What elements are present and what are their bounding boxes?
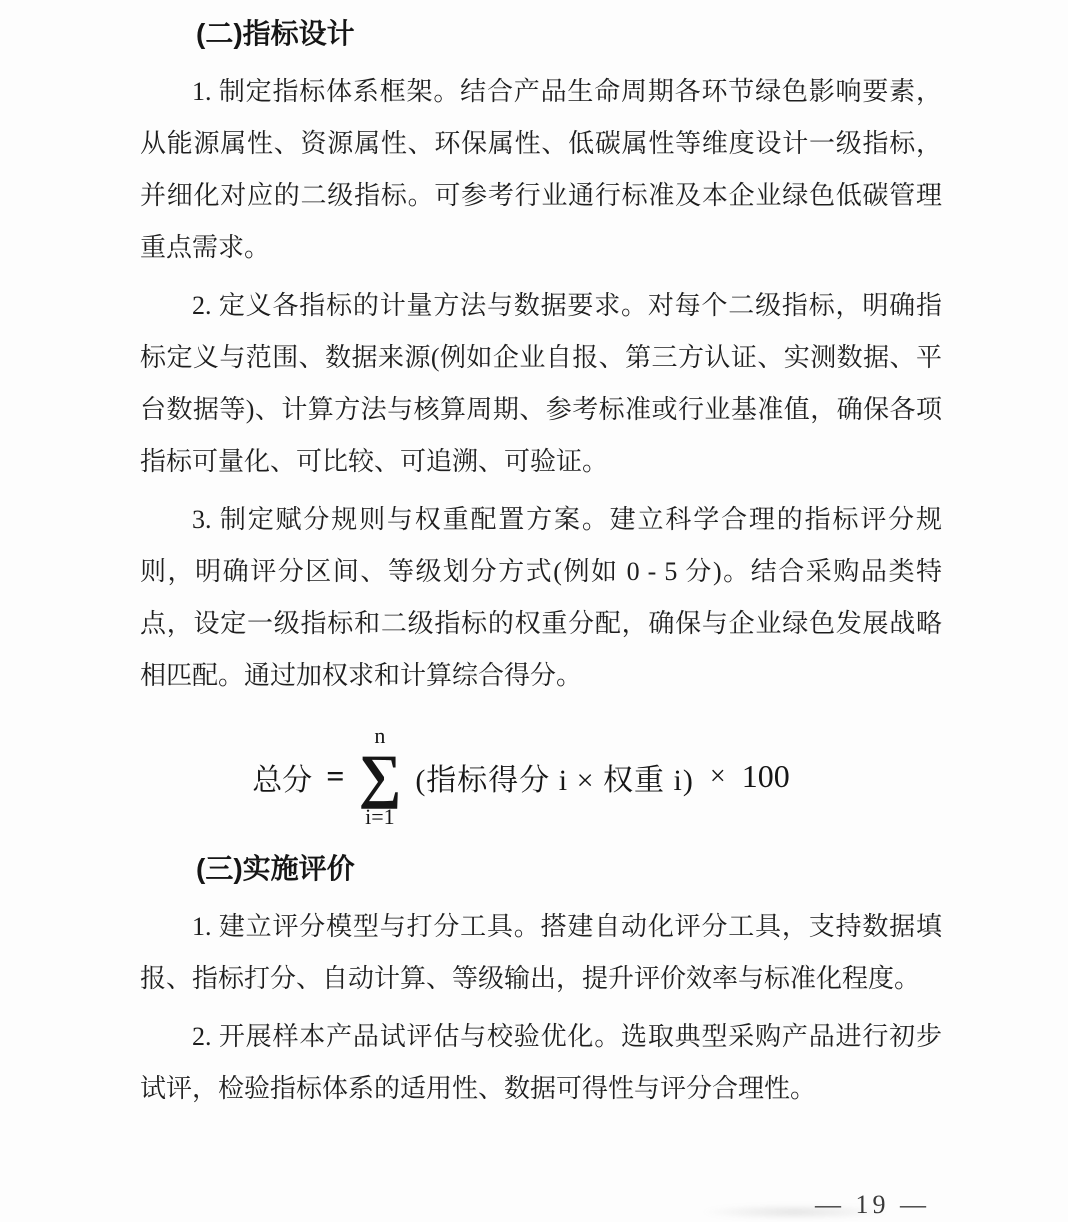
formula-times-sign: × [710, 761, 726, 793]
paragraph: 2. 定义各指标的计量方法与数据要求。对每个二级指标，明确指标定义与范围、数据来… [140, 280, 942, 488]
summation-lower-limit: i=1 [365, 805, 395, 829]
document-content: (二)指标设计 1. 制定指标体系框架。结合产品生命周期各环节绿色影响要素，从能… [0, 0, 1068, 1115]
formula-body: (指标得分 i × 权重 i) [415, 755, 694, 799]
paragraph: 1. 建立评分模型与打分工具。搭建自动化评分工具，支持数据填报、指标打分、自动计… [140, 901, 942, 1005]
document-page: (二)指标设计 1. 制定指标体系框架。结合产品生命周期各环节绿色影响要素，从能… [0, 0, 1068, 1222]
page-number: — 19 — [0, 1190, 1068, 1220]
section-heading-implement-evaluation: (三)实施评价 [140, 843, 942, 895]
formula-factor: 100 [742, 758, 790, 795]
formula-lhs: 总分 [252, 755, 312, 799]
paragraph: 1. 制定指标体系框架。结合产品生命周期各环节绿色影响要素，从能源属性、资源属性… [140, 66, 942, 274]
paragraph: 3. 制定赋分规则与权重配置方案。建立科学合理的指标评分规则，明确评分区间、等级… [140, 494, 942, 702]
paragraph: 2. 开展样本产品试评估与校验优化。选取典型采购产品进行初步试评，检验指标体系的… [140, 1011, 942, 1115]
formula-equals: = [326, 758, 344, 795]
formula-summation: n ∑ i=1 [359, 724, 402, 829]
score-formula: 总分 = n ∑ i=1 (指标得分 i × 权重 i) × 100 [140, 724, 902, 829]
sigma-symbol: ∑ [359, 748, 402, 805]
section-heading-indicator-design: (二)指标设计 [140, 8, 942, 60]
